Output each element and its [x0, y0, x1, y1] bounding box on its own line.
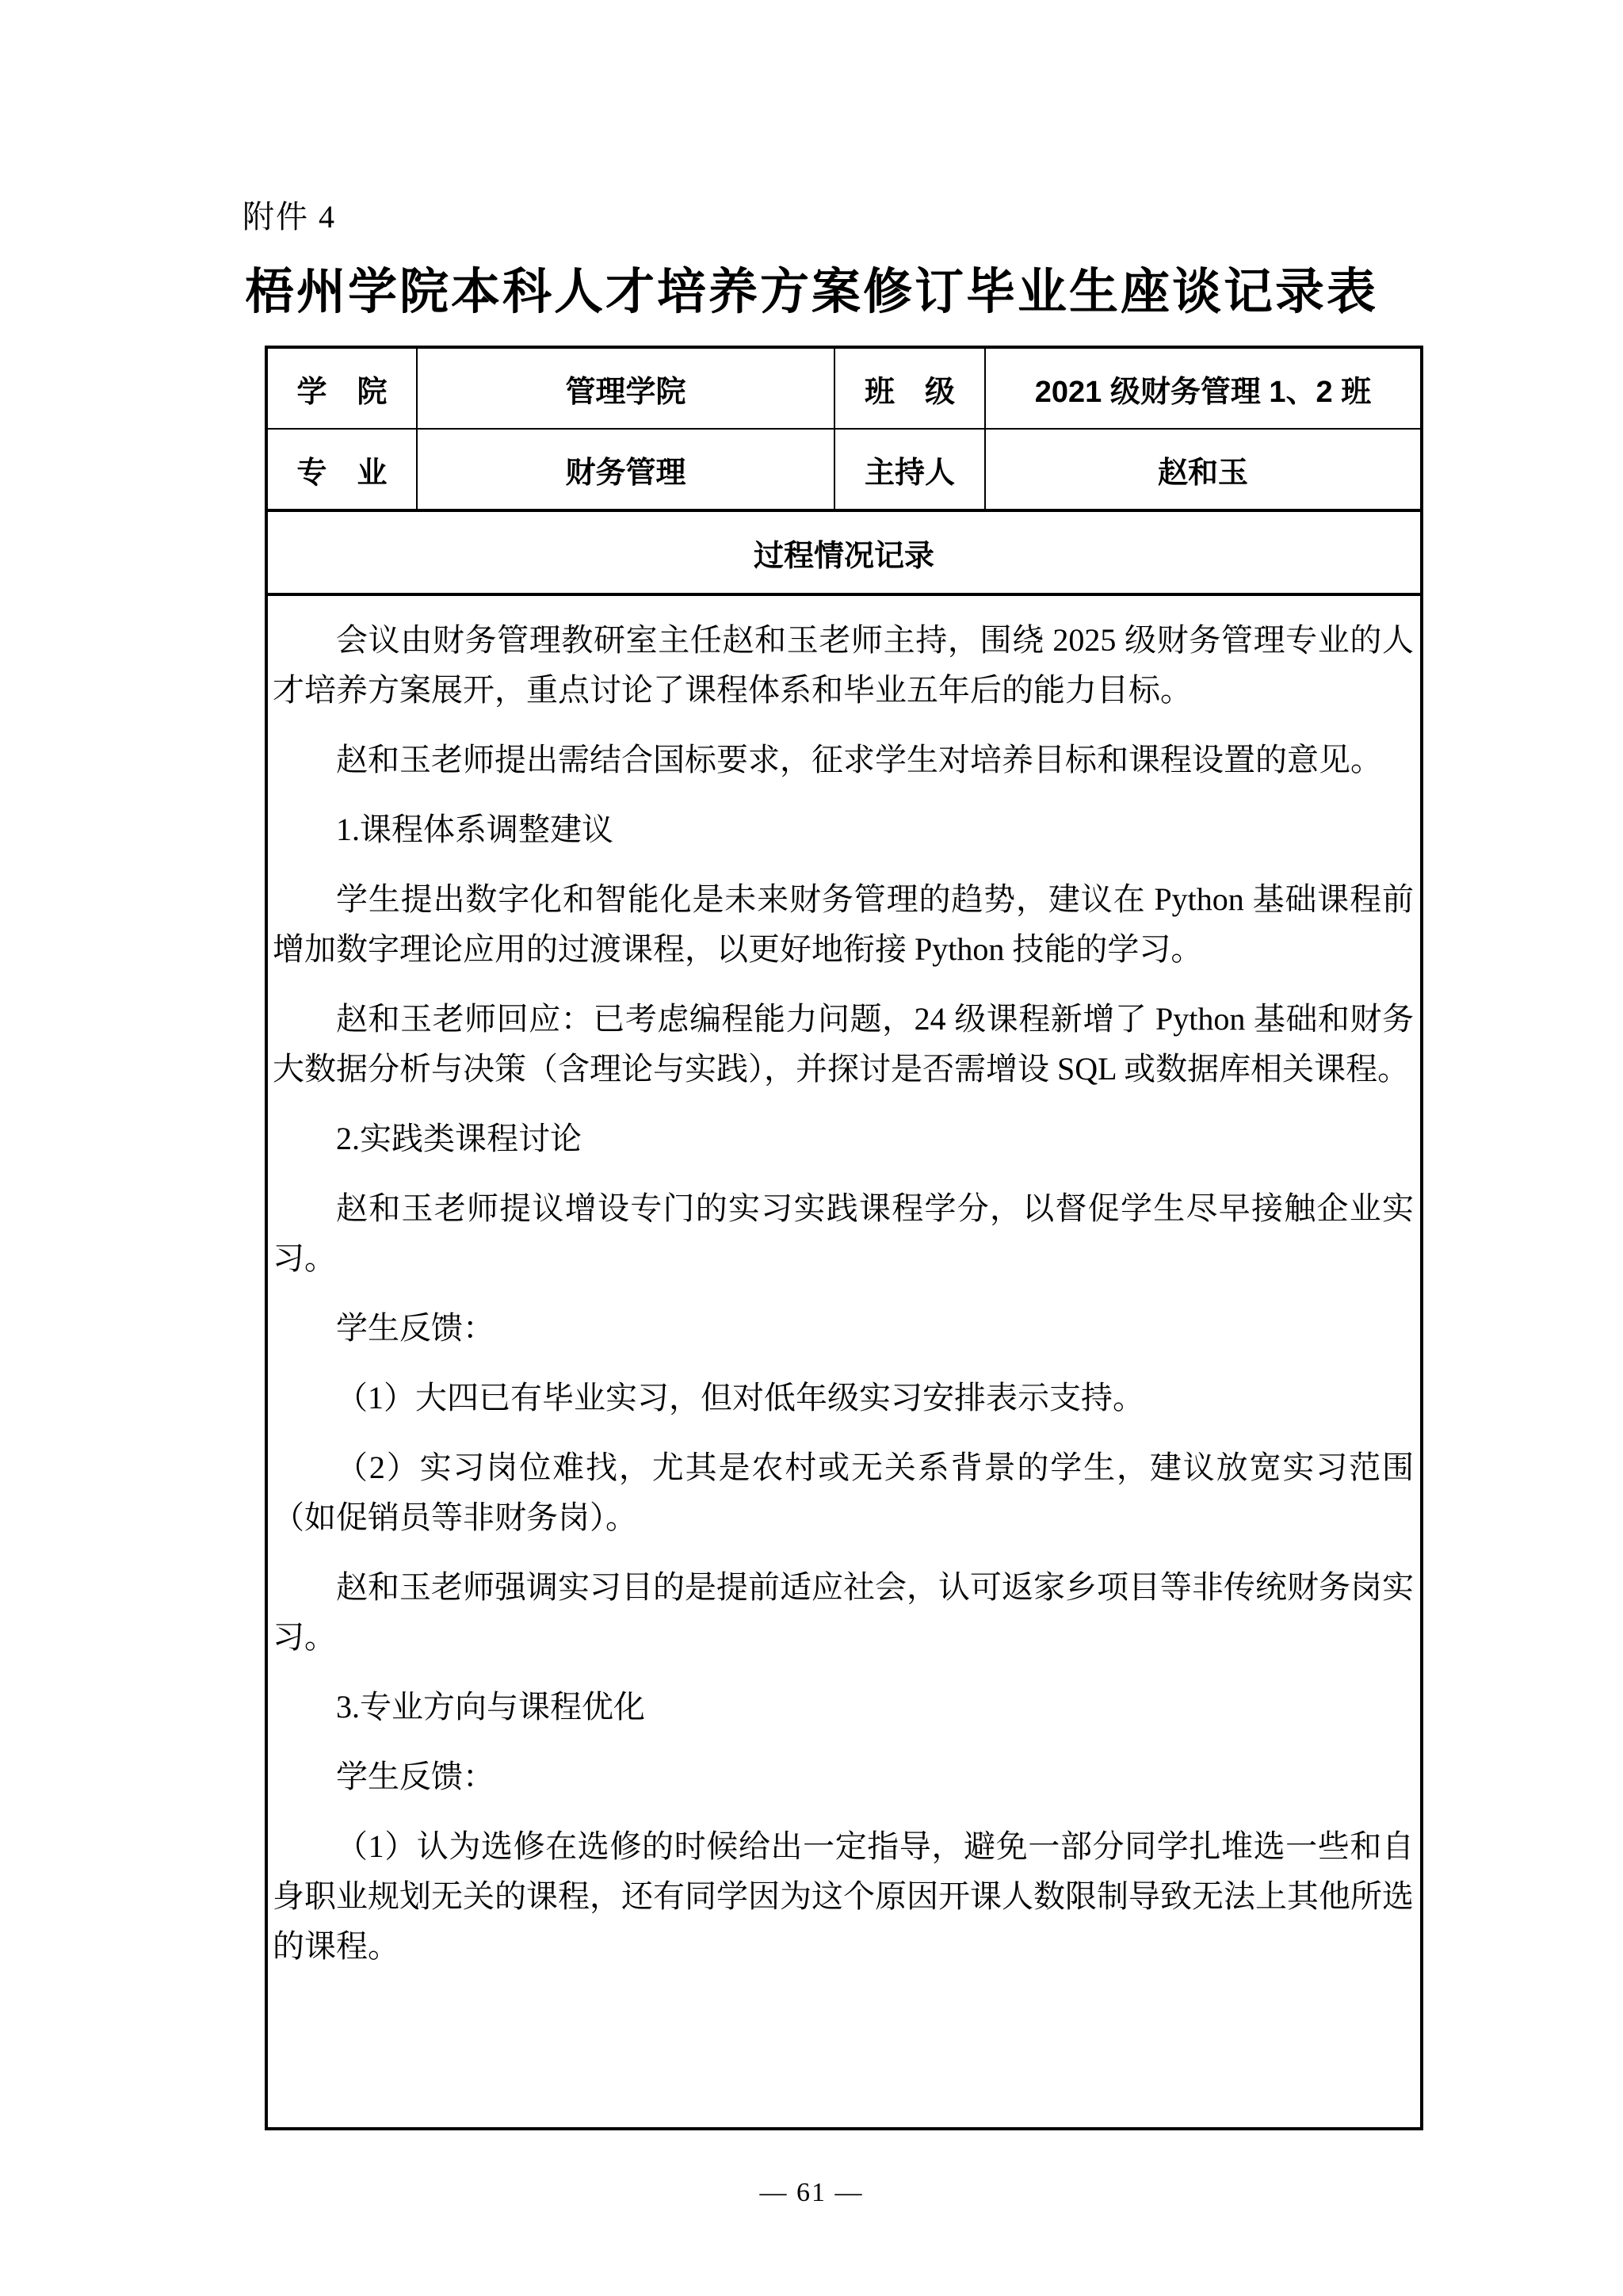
record-paragraph: 赵和玉老师提出需结合国标要求，征求学生对培养目标和课程设置的意见。 [273, 735, 1414, 785]
record-paragraph: 会议由财务管理教研室主任赵和玉老师主持，围绕 2025 级财务管理专业的人才培养… [273, 615, 1414, 715]
table-row: 专 业 财务管理 主持人 赵和玉 [266, 429, 1422, 510]
table-row: 学 院 管理学院 班 级 2021 级财务管理 1、2 班 [266, 347, 1422, 429]
record-paragraph: 赵和玉老师强调实习目的是提前适应社会，认可返家乡项目等非传统财务岗实习。 [273, 1562, 1414, 1662]
class-value-cell: 2021 级财务管理 1、2 班 [985, 347, 1422, 429]
record-paragraph: （1）大四已有毕业实习，但对低年级实习安排表示支持。 [273, 1373, 1414, 1423]
record-paragraph: 赵和玉老师回应：已考虑编程能力问题，24 级课程新增了 Python 基础和财务… [273, 994, 1414, 1094]
record-form-table: 学 院 管理学院 班 级 2021 级财务管理 1、2 班 专 业 财务管理 主… [265, 346, 1423, 2130]
major-value-cell: 财务管理 [417, 429, 834, 510]
record-paragraph: 3.专业方向与课程优化 [273, 1682, 1414, 1732]
page-number: — 61 — [0, 2178, 1623, 2208]
table-row: 过程情况记录 [266, 510, 1422, 594]
document-page: 附件 4 梧州学院本科人才培养方案修订毕业生座谈记录表 学 院 管理学院 班 级… [0, 0, 1623, 2296]
host-label-cell: 主持人 [834, 429, 985, 510]
record-paragraphs: 会议由财务管理教研室主任赵和玉老师主持，围绕 2025 级财务管理专业的人才培养… [266, 594, 1422, 2129]
table-row: 会议由财务管理教研室主任赵和玉老师主持，围绕 2025 级财务管理专业的人才培养… [266, 594, 1422, 2129]
record-paragraph: （1）认为选修在选修的时候给出一定指导，避免一部分同学扎堆选一些和自身职业规划无… [273, 1821, 1414, 1971]
attachment-label: 附件 4 [242, 192, 336, 237]
record-section-header: 过程情况记录 [266, 510, 1422, 594]
college-label-cell: 学 院 [266, 347, 417, 429]
record-paragraph: 学生提出数字化和智能化是未来财务管理的趋势，建议在 Python 基础课程前增加… [273, 874, 1414, 974]
major-label-cell: 专 业 [266, 429, 417, 510]
record-paragraph: （2）实习岗位难找，尤其是农村或无关系背景的学生，建议放宽实习范围（如促销员等非… [273, 1442, 1414, 1542]
record-paragraph: 1.课程体系调整建议 [273, 804, 1414, 854]
record-paragraph: 学生反馈： [273, 1752, 1414, 1801]
record-paragraph: 2.实践类课程讨论 [273, 1114, 1414, 1163]
class-label-cell: 班 级 [834, 347, 985, 429]
record-paragraph: 学生反馈： [273, 1303, 1414, 1353]
page-title: 梧州学院本科人才培养方案修订毕业生座谈记录表 [0, 252, 1623, 323]
college-value-cell: 管理学院 [417, 347, 834, 429]
record-paragraph: 赵和玉老师提议增设专门的实习实践课程学分，以督促学生尽早接触企业实习。 [273, 1183, 1414, 1283]
host-value-cell: 赵和玉 [985, 429, 1422, 510]
